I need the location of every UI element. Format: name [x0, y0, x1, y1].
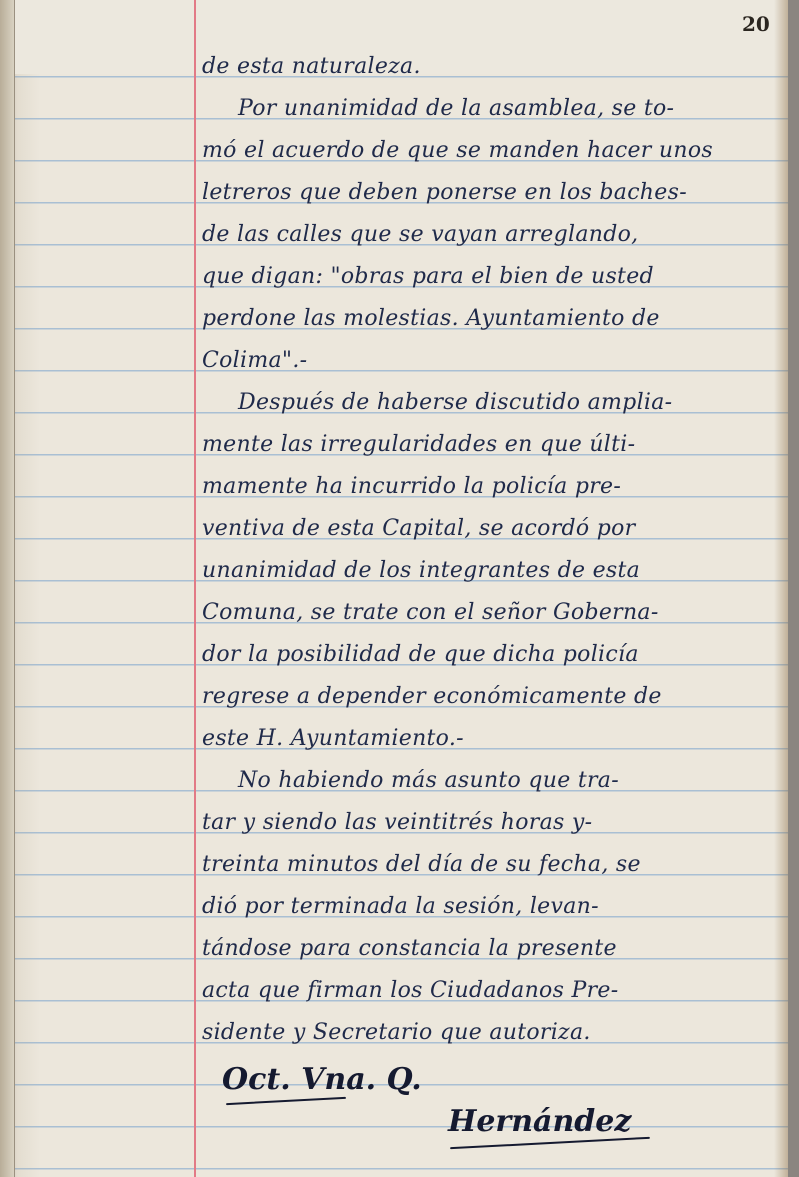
page-number: 20	[742, 12, 770, 36]
text-line: Por unanimidad de la asamblea, se to-	[238, 96, 674, 121]
text-line: treinta minutos del día de su fecha, se	[202, 852, 782, 877]
text-line: regrese a depender económicamente de	[202, 684, 782, 709]
text-line: mó el acuerdo de que se manden hacer uno…	[202, 138, 782, 163]
text-line: perdone las molestias. Ayuntamiento de	[202, 306, 782, 331]
red-margin-line	[194, 0, 196, 1177]
text-line: este H. Ayuntamiento.-	[202, 726, 782, 751]
text-line: sidente y Secretario que autoriza.	[202, 1020, 782, 1045]
text-line: de las calles que se vayan arreglando,	[202, 222, 782, 247]
text-line: unanimidad de los integrantes de esta	[202, 558, 782, 583]
text-line: acta que firman los Ciudadanos Pre-	[202, 978, 782, 1003]
text-line: ventiva de esta Capital, se acordó por	[202, 516, 782, 541]
text-line: mamente ha incurrido la policía pre-	[202, 474, 782, 499]
signature-flourish	[226, 1097, 346, 1105]
text-line: de esta naturaleza.	[202, 54, 782, 79]
text-line: Después de haberse discutido amplia-	[238, 390, 672, 415]
text-line: tándose para constancia la presente	[202, 936, 782, 961]
signature-president: Oct. Vna. Q.	[222, 1062, 422, 1097]
book-binding-shadow	[0, 0, 15, 1177]
text-line: Colima".-	[202, 348, 782, 373]
ledger-page: 20 de esta naturaleza. Por unanimidad de…	[0, 0, 788, 1177]
text-line: dor la posibilidad de que dicha policía	[202, 642, 782, 667]
text-line: letreros que deben ponerse en los baches…	[202, 180, 782, 205]
text-line: dió por terminada la sesión, levan-	[202, 894, 782, 919]
text-line: que digan: "obras para el bien de usted	[202, 264, 782, 289]
text-line: mente las irregularidades en que últi-	[202, 432, 782, 457]
signature-secretary: Hernández	[448, 1104, 631, 1139]
text-line: tar y siendo las veintitrés horas y-	[202, 810, 782, 835]
text-line: No habiendo más asunto que tra-	[238, 768, 619, 793]
text-line: Comuna, se trate con el señor Goberna-	[202, 600, 782, 625]
